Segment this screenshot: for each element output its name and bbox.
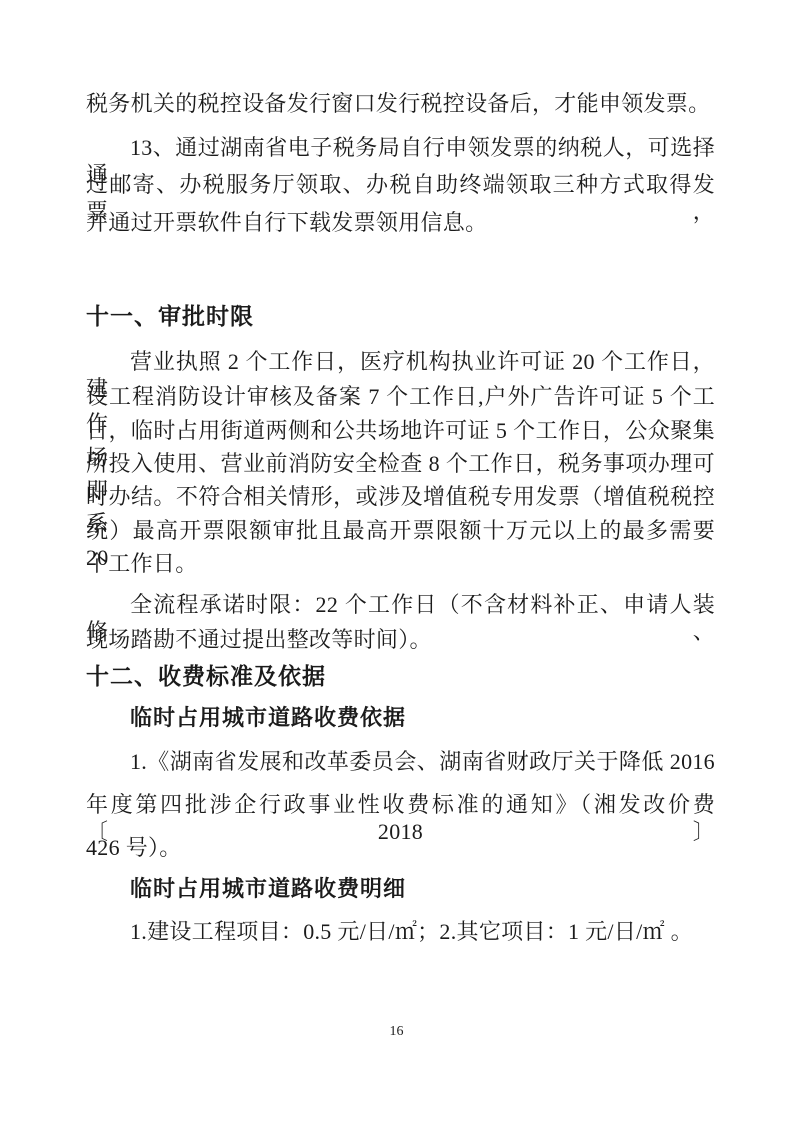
- paragraph-line: 并通过开票软件自行下载发票领用信息。: [86, 209, 715, 236]
- section-heading-approval-time: 十一、审批时限: [86, 303, 715, 330]
- paragraph-line: 1.建设工程项目：0.5 元/日/㎡；2.其它项目：1 元/日/㎡ 。: [86, 918, 715, 945]
- sub-heading-road-fee-basis: 临时占用城市道路收费依据: [86, 704, 715, 731]
- paragraph-line: 现场踏勘不通过提出整改等时间）。: [86, 626, 715, 653]
- paragraph-line: 个工作日。: [86, 550, 715, 577]
- page-number: 16: [0, 1024, 793, 1040]
- sub-heading-road-fee-detail: 临时占用城市道路收费明细: [86, 875, 715, 902]
- document-page: 税务机关的税控设备发行窗口发行税控设备后，才能申领发票。 13、通过湖南省电子税…: [0, 0, 793, 1122]
- paragraph-line: 426 号）。: [86, 834, 715, 861]
- section-heading-fee-standard: 十二、收费标准及依据: [86, 663, 715, 690]
- paragraph-line: 1.《湖南省发展和改革委员会、湖南省财政厅关于降低 2016: [86, 748, 715, 775]
- paragraph-line: 税务机关的税控设备发行窗口发行税控设备后，才能申领发票。: [86, 90, 715, 117]
